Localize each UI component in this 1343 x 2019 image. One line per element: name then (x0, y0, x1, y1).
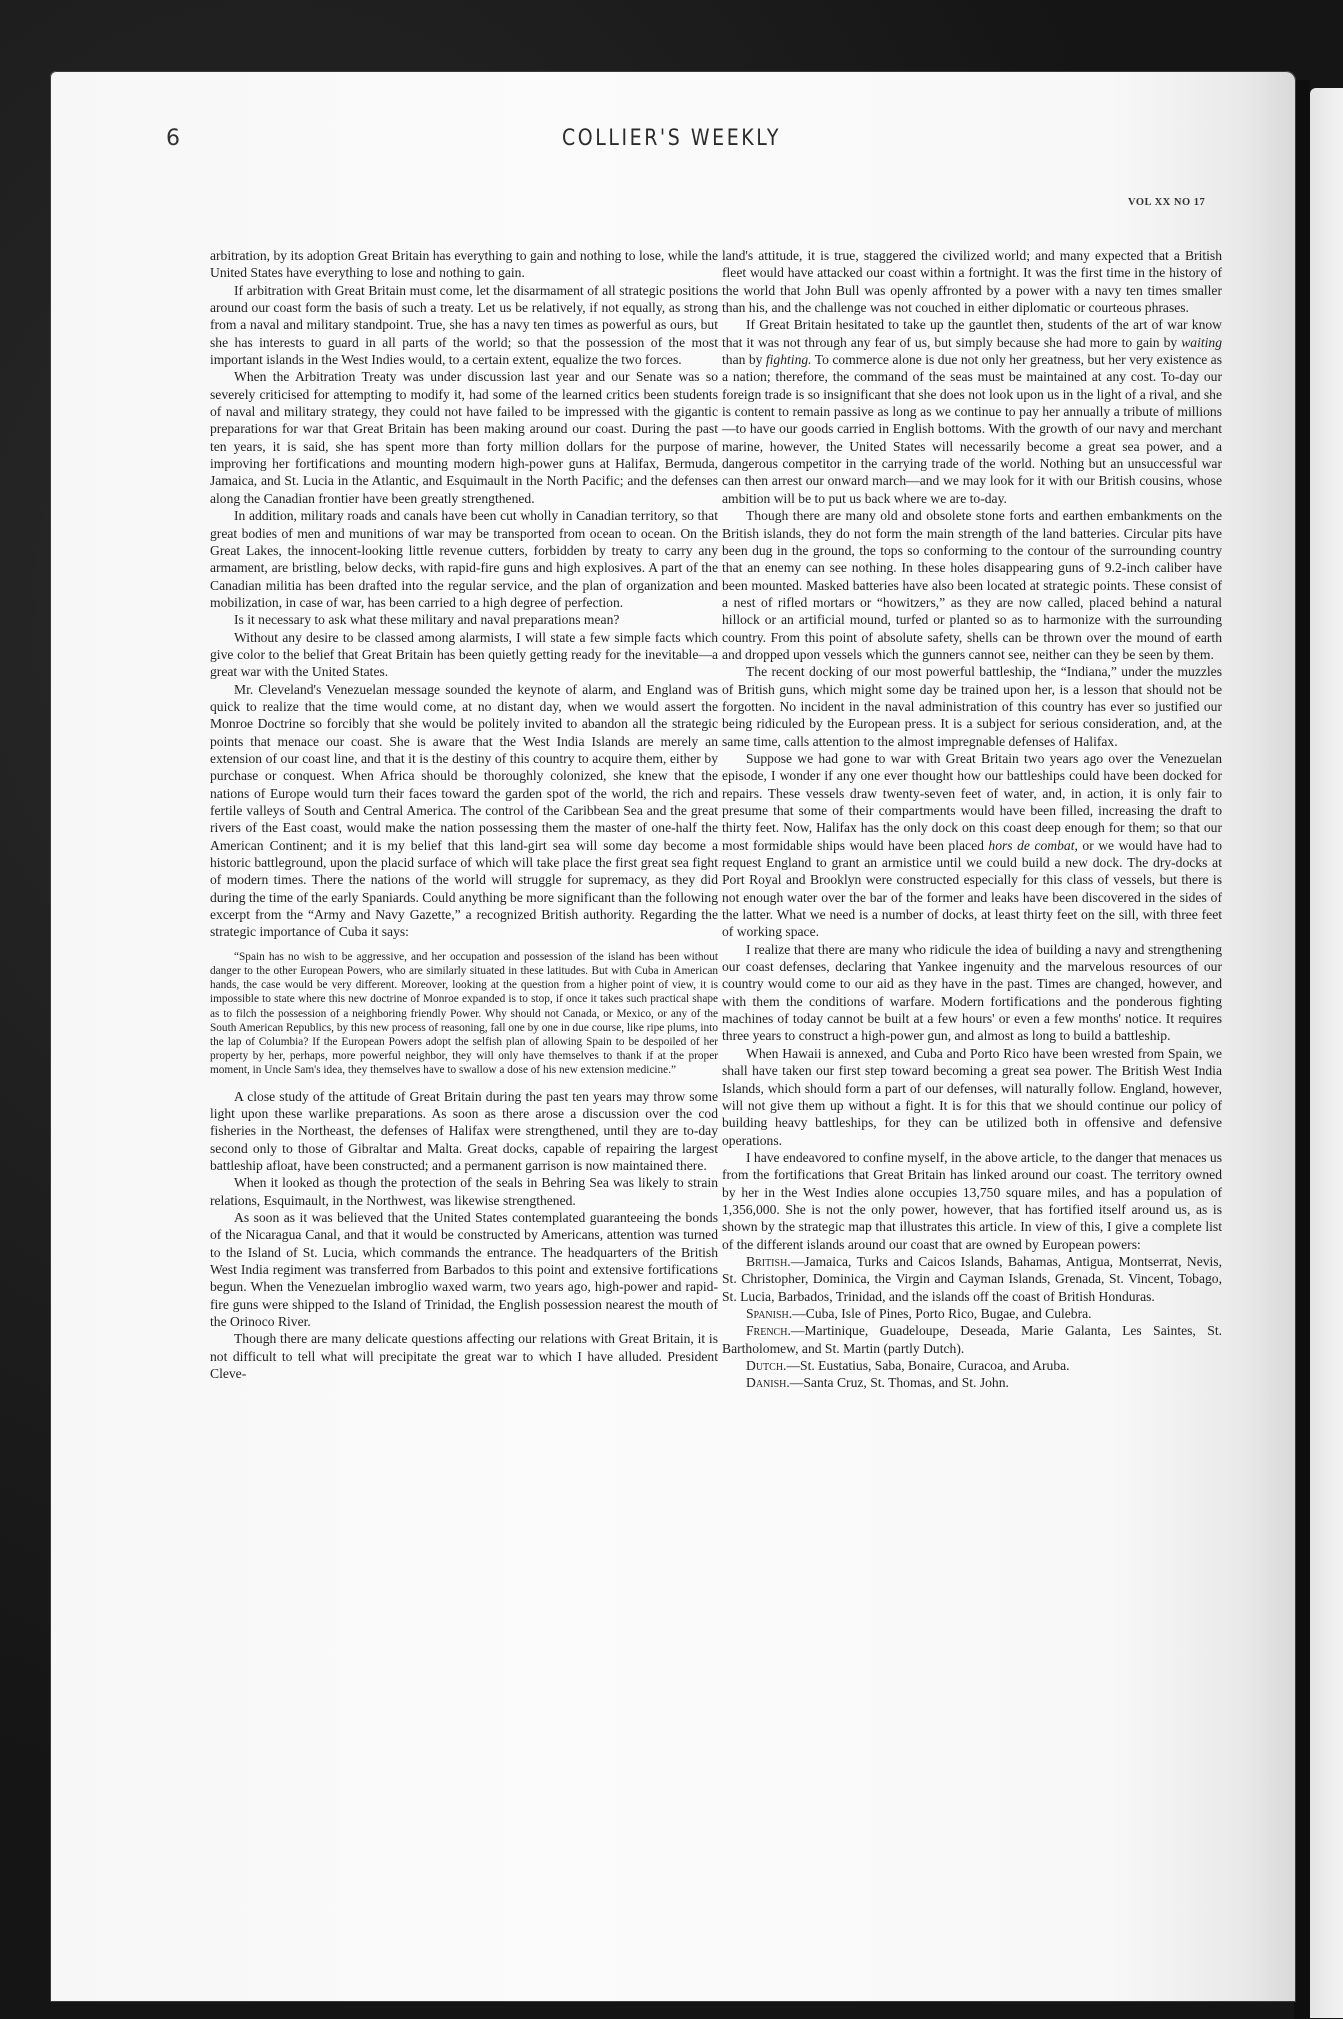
island-list-british: British.—Jamaica, Turks and Caicos Islan… (722, 1253, 1222, 1305)
paragraph: land's attitude, it is true, staggered t… (722, 247, 1222, 316)
paragraph: arbitration, by its adoption Great Brita… (210, 247, 718, 282)
island-list-dutch: Dutch.—St. Eustatius, Saba, Bonaire, Cur… (722, 1357, 1222, 1374)
block-quote: “Spain has no wish to be aggressive, and… (210, 950, 718, 1078)
island-list-spanish: Spanish.—Cuba, Isle of Pines, Porto Rico… (722, 1305, 1222, 1322)
island-names: —Martinique, Guadeloupe, Deseada, Marie … (722, 1323, 1222, 1355)
paragraph: When it looked as though the protection … (210, 1174, 718, 1209)
island-list-french: French.—Martinique, Guadeloupe, Deseada,… (722, 1322, 1222, 1357)
paragraph: When Hawaii is annexed, and Cuba and Por… (722, 1045, 1222, 1149)
book-gutter (1294, 80, 1310, 2019)
paragraph: I have endeavored to confine myself, in … (722, 1149, 1222, 1253)
paragraph: Mr. Cleveland's Venezuelan message sound… (210, 681, 718, 941)
left-column: arbitration, by its adoption Great Brita… (210, 247, 718, 1382)
island-names: —St. Eustatius, Saba, Bonaire, Curacoa, … (786, 1358, 1069, 1373)
nation-label: Spanish. (746, 1306, 792, 1321)
nation-label: French. (746, 1323, 791, 1338)
paragraph: If arbitration with Great Britain must c… (210, 282, 718, 369)
italic-text: fighting. (766, 352, 812, 367)
paragraph: As soon as it was believed that the Unit… (210, 1209, 718, 1330)
nation-label: Danish. (746, 1375, 790, 1390)
island-names: —Cuba, Isle of Pines, Porto Rico, Bugae,… (792, 1306, 1091, 1321)
masthead-title: COLLIER'S WEEKLY (94, 126, 1249, 151)
text-run: To commerce alone is due not only her gr… (722, 352, 1222, 506)
right-column: land's attitude, it is true, staggered t… (722, 247, 1222, 1392)
paragraph: Though there are many delicate questions… (210, 1330, 718, 1382)
paragraph: A close study of the attitude of Great B… (210, 1088, 718, 1175)
text-run: If Great Britain hesitated to take up th… (722, 317, 1222, 349)
paragraph: Suppose we had gone to war with Great Br… (722, 750, 1222, 941)
nation-label: Dutch. (746, 1358, 786, 1373)
paragraph: I realize that there are many who ridicu… (722, 941, 1222, 1045)
paragraph: Is it necessary to ask what these milita… (210, 611, 718, 628)
island-names: —Jamaica, Turks and Caicos Islands, Baha… (722, 1254, 1222, 1304)
italic-text: waiting (1181, 335, 1222, 350)
text-run: than by (722, 352, 766, 367)
paragraph: When the Arbitration Treaty was under di… (210, 368, 718, 507)
italic-text: hors de combat (988, 838, 1074, 853)
paragraph: The recent docking of our most powerful … (722, 663, 1222, 750)
paragraph: Without any desire to be classed among a… (210, 629, 718, 681)
nation-label: British. (746, 1254, 791, 1269)
island-list-danish: Danish.—Santa Cruz, St. Thomas, and St. … (722, 1374, 1222, 1391)
island-names: —Santa Cruz, St. Thomas, and St. John. (790, 1375, 1009, 1390)
paragraph: Though there are many old and obsolete s… (722, 507, 1222, 663)
paragraph: In addition, military roads and canals h… (210, 507, 718, 611)
facing-page-edge (1310, 88, 1343, 2018)
volume-issue: VOL XX NO 17 (1128, 197, 1205, 208)
paragraph: If Great Britain hesitated to take up th… (722, 316, 1222, 507)
